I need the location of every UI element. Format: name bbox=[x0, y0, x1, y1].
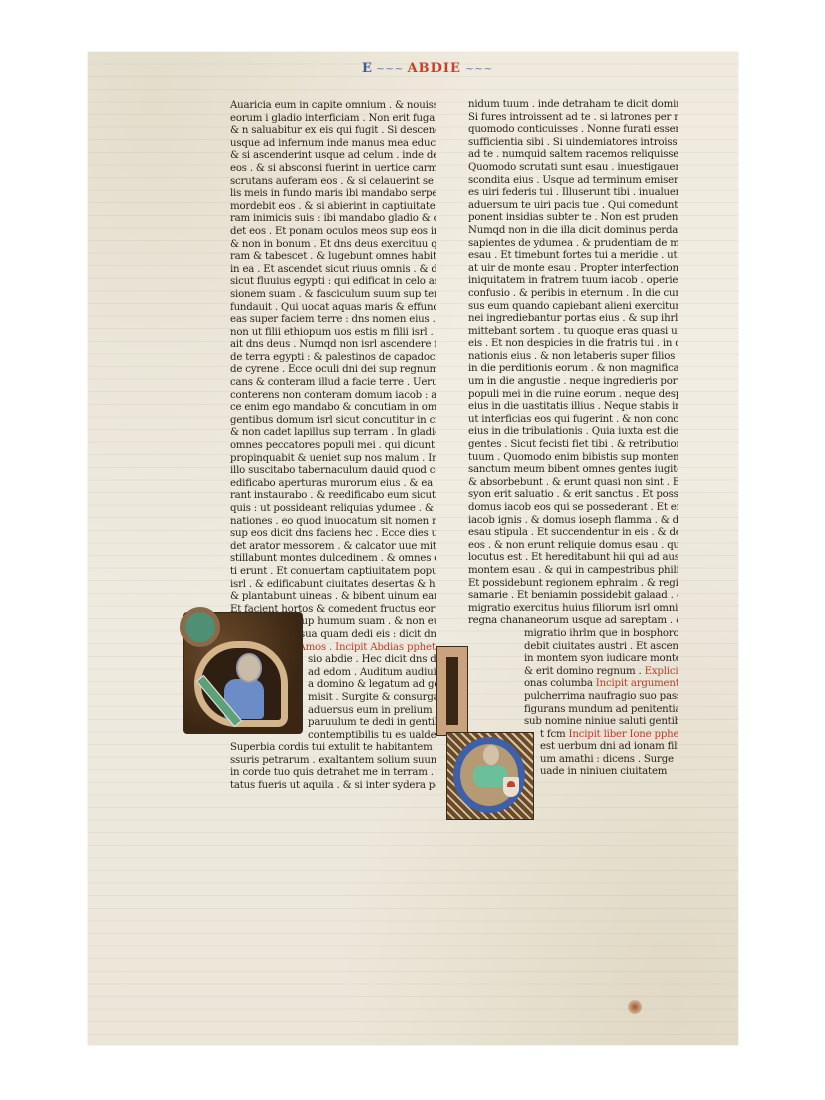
text-line: regna chananeorum usque ad sareptam . & … bbox=[468, 615, 678, 628]
text-line: locutus est . Et hereditabunt hii qui ad… bbox=[468, 552, 678, 565]
text-line: tuum . Quomodo enim bibistis sup montem bbox=[468, 452, 678, 465]
text-line: domus iacob eos qui se possederant . Et … bbox=[468, 502, 678, 515]
initial-i-stem bbox=[446, 657, 458, 725]
text-line: eos . & non erunt reliquie domus esau . … bbox=[468, 540, 678, 553]
text-line: iacob ignis . & domus ioseph flamma . & … bbox=[468, 515, 678, 528]
text-line: tatus fueris ut aquila . & si inter syde… bbox=[230, 780, 436, 793]
text-line: eis . Et non despicies in die fratris tu… bbox=[468, 338, 678, 351]
text-ionas: onas columba bbox=[524, 678, 596, 689]
text-line: det eos . Et ponam oculos meos sup eos i… bbox=[230, 226, 436, 239]
text-line: migratio ihrlm que in bosphoro est . pos… bbox=[468, 628, 678, 641]
text-line: sionem suam . & fasciculum suum sup terr… bbox=[230, 289, 436, 302]
text-line: eorum i gladio interficiam . Non erit fu… bbox=[230, 113, 436, 126]
text-line: ad te . numquid saltem racemos reliquiss… bbox=[468, 149, 678, 162]
text-line: mordebit eos . & si abierint in captiuit… bbox=[230, 201, 436, 214]
text-line: populi mei in die ruine eorum . neque de… bbox=[468, 389, 678, 402]
text-line: fundauit . Qui uocat aquas maris & effun… bbox=[230, 302, 436, 315]
text-line: det arator messorem . & calcator uue mit… bbox=[230, 541, 436, 554]
text-line: scrutans auferam eos . & si celauerint s… bbox=[230, 176, 436, 189]
text-line: de terra egypti : & palestinos de capado… bbox=[230, 352, 436, 365]
text-line: esau . Et timebunt fortes tui a meridie … bbox=[468, 250, 678, 263]
decorative-swirl-icon bbox=[180, 607, 220, 647]
text-line: & si ascenderint usque ad celum . inde d… bbox=[230, 150, 436, 163]
text-line: iniquitatem in fratrem tuum iacob . oper… bbox=[468, 275, 678, 288]
text-line: quis : ut possideant reliquias ydumee . … bbox=[230, 503, 436, 516]
text-line: sapientes de ydumea . & prudentiam de mo… bbox=[468, 238, 678, 251]
rubric-prologue: Incipit argumentum in libro Ione bbox=[596, 678, 678, 689]
text-line: gentes . Sicut fecisti fiet tibi . & ret… bbox=[468, 439, 678, 452]
text-line: ut interficias eos qui fugerint . & non … bbox=[468, 414, 678, 427]
text-line: rant instaurabo . & reedificabo eum sicu… bbox=[230, 490, 436, 503]
text-line: illo suscitabo tabernaculum dauid quod c… bbox=[230, 465, 436, 478]
jonah-figure bbox=[473, 765, 507, 787]
text-line: propinquabit & ueniet sup nos malum . In… bbox=[230, 453, 436, 466]
text-line: Et possidebunt regionem ephraim . & regi… bbox=[468, 578, 678, 591]
text-line: Superbia cordis tui extulit te habitante… bbox=[230, 742, 436, 755]
text-line: ssuris petrarum . exaltantem solium suum… bbox=[230, 755, 436, 768]
rubric-incipit-ione: Incipit liber Ione ppheta . bbox=[569, 729, 678, 740]
flourish-left: ~~~ bbox=[376, 62, 404, 75]
text-line: lis meis in fundo maris ibi mandabo serp… bbox=[230, 188, 436, 201]
text-line: eos . & si absconsi fuerint in uertice c… bbox=[230, 163, 436, 176]
rust-stain bbox=[628, 1000, 642, 1014]
text-line: nidum tuum . inde detraham te dicit domi… bbox=[468, 99, 678, 112]
text-line: syon erit saluatio . & erit sanctus . Et… bbox=[468, 489, 678, 502]
initial-letter-i bbox=[436, 646, 468, 736]
text-line: nationis eius . & non letaberis super fi… bbox=[468, 351, 678, 364]
text-line: sicut fluuius egypti : qui edificat in c… bbox=[230, 276, 436, 289]
text-line: Si fures introissent ad te . si latrones… bbox=[468, 112, 678, 125]
jonah-head bbox=[483, 745, 499, 765]
text-line: non ut filii ethiopum uos estis m filii … bbox=[230, 327, 436, 340]
running-head-title: ABDIE bbox=[408, 61, 461, 76]
text-line: ram & tabescet . & lugebunt omnes habita… bbox=[230, 251, 436, 264]
historiated-initial-abdias bbox=[183, 612, 303, 734]
text-line: ram inimicis suis : ibi mandabo gladio &… bbox=[230, 213, 436, 226]
text-line: & absorbebunt . & erunt quasi non sint .… bbox=[468, 477, 678, 490]
text-line: in corde tuo quis detrahet me in terram … bbox=[230, 767, 436, 780]
text-line: eius in die uastitatis illius . Neque st… bbox=[468, 401, 678, 414]
text-line: nationes . eo quod inuocatum sit nomen m… bbox=[230, 516, 436, 529]
text-line: & plantabunt uineas . & bibent uinum ear… bbox=[230, 591, 436, 604]
flourish-right: ~~~ bbox=[465, 62, 493, 75]
text-line: stillabunt montes dulcedinem . & omnes c… bbox=[230, 553, 436, 566]
text-line: samarie . Et beniamin possidebit galaad … bbox=[468, 590, 678, 603]
text-line: in die perditionis eorum . & non magnifi… bbox=[468, 363, 678, 376]
text-line: aduersum te uiri pacis tue . Qui comedun… bbox=[468, 200, 678, 213]
text-line: in ea . Et ascendet sicut riuus omnis . … bbox=[230, 264, 436, 277]
text-line: conterens non conteram domum iacob : ait… bbox=[230, 390, 436, 403]
text-line: ait dns deus . Numqd non isrl ascendere … bbox=[230, 339, 436, 352]
text-line: de cyrene . Ecce oculi dni dei sup regnu… bbox=[230, 364, 436, 377]
text-line: esau stipula . Et succendentur in eis . … bbox=[468, 527, 678, 540]
text-line: & n saluabitur ex eis qui fugit . Si des… bbox=[230, 125, 436, 138]
text-line: sus eum quando capiebant alieni exercitu… bbox=[468, 301, 678, 314]
text-line: gentibus domum isrl sicut concutitur in … bbox=[230, 415, 436, 428]
text-line: ponent insidias subter te . Non est prud… bbox=[468, 212, 678, 225]
text-line: isrl . & edificabunt ciuitates desertas … bbox=[230, 579, 436, 592]
text-line: ce enim ego mandabo & concutiam in omnib… bbox=[230, 402, 436, 415]
text-line: in montem syon iudicare montem esau . bbox=[468, 653, 678, 666]
text-line: ti erunt . Et conuertam captiuitatem pop… bbox=[230, 566, 436, 579]
text-line: sub nomine niniue saluti gentibus nuncia… bbox=[468, 716, 678, 729]
text-line: eius in die tribulationis . Quia iuxta e… bbox=[468, 426, 678, 439]
running-head: E ~~~ ABDIE ~~~ bbox=[362, 57, 542, 79]
text-line: figurans mundum ad penitentiam reuocat bbox=[468, 704, 678, 717]
text-line: onas columba Incipit argumentum in libro… bbox=[468, 678, 678, 691]
text-line: & non in bonum . Et dns deus exercituu q… bbox=[230, 239, 436, 252]
text-line: es uiri federis tui . Illuserunt tibi . … bbox=[468, 187, 678, 200]
prophet-head bbox=[236, 653, 262, 683]
shield-icon bbox=[503, 777, 519, 797]
text-line: migratio exercitus huius filiorum isrl o… bbox=[468, 603, 678, 616]
text-line: mittebant sortem . tu quoque eras quasi … bbox=[468, 326, 678, 339]
text-line: sufficientia sibi . Si uindemiatores int… bbox=[468, 137, 678, 150]
text-line: edificabo aperturas murorum eius . & ea … bbox=[230, 478, 436, 491]
text-line: confusio . & peribis in eternum . In die… bbox=[468, 288, 678, 301]
text-line: um in die angustie . neque ingredieris p… bbox=[468, 376, 678, 389]
text-line: montem esau . & qui in campestribus phil… bbox=[468, 565, 678, 578]
text-line: Numqd non in die illa dicit dominus perd… bbox=[468, 225, 678, 238]
text-line: at uir de monte esau . Propter interfect… bbox=[468, 263, 678, 276]
text-line: scondita eius . Usque ad terminum emiser… bbox=[468, 175, 678, 188]
rubric-explicit-abdie: Explicit Abdie . bbox=[642, 666, 678, 677]
text-line: sup eos dicit dns faciens hec . Ecce die… bbox=[230, 528, 436, 541]
historiated-initial-jonah bbox=[446, 732, 534, 820]
text-line: nei ingrediebantur portas eius . & sup i… bbox=[468, 313, 678, 326]
text-line: omnes peccatores populi mei . qui dicunt… bbox=[230, 440, 436, 453]
text-line: pulcherrima naufragio suo passionem dni … bbox=[468, 691, 678, 704]
text-line: usque ad infernum inde manus mea educet … bbox=[230, 138, 436, 151]
text-column-right: nidum tuum . inde detraham te dicit domi… bbox=[468, 99, 678, 779]
text-line: & non cadet lapillus sup terram . In gla… bbox=[230, 427, 436, 440]
text-line: quomodo conticuisses . Nonne furati esse… bbox=[468, 124, 678, 137]
running-head-initial: E bbox=[362, 61, 372, 76]
text-line: debit ciuitates austri . Et ascendent sa… bbox=[468, 641, 678, 654]
text-line: Quomodo scrutati sunt esau . inuestigaue… bbox=[468, 162, 678, 175]
text-line: eas super faciem terre : dns nomen eius … bbox=[230, 314, 436, 327]
text-fcm: t fcm bbox=[540, 729, 569, 740]
text-line: & erit domino regnum . Explicit Abdie . bbox=[468, 666, 678, 679]
text-line: cans & conteram illud a facie terre . Ue… bbox=[230, 377, 436, 390]
text-line: Auaricia eum in capite omnium . & nouiss… bbox=[230, 100, 436, 113]
text-line: sanctum meum bibent omnes gentes iugiter… bbox=[468, 464, 678, 477]
